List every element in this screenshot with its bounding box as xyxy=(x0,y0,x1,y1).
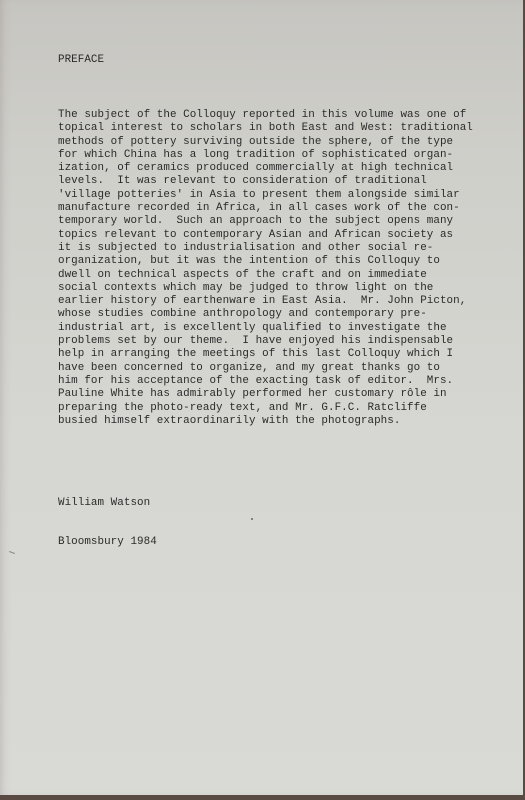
document-page: PREFACE The subject of the Colloquy repo… xyxy=(0,0,523,795)
body-line: have been concerned to organize, and my … xyxy=(58,362,473,375)
body-line: levels. It was relevant to consideration… xyxy=(58,175,473,188)
body-line: industrial art, is excellently qualified… xyxy=(58,322,473,335)
body-line: methods of pottery surviving outside the… xyxy=(58,136,473,149)
body-line: it is subjected to industrialisation and… xyxy=(58,242,473,255)
body-line: topics relevant to contemporary Asian an… xyxy=(58,229,473,242)
body-line: preparing the photo-ready text, and Mr. … xyxy=(58,402,473,415)
body-line: manufacture recorded in Africa, in all c… xyxy=(58,202,473,215)
body-line: The subject of the Colloquy reported in … xyxy=(58,109,473,122)
body-line: organization, but it was the intention o… xyxy=(58,255,473,268)
body-line: help in arranging the meetings of this l… xyxy=(58,348,473,361)
paper-speck xyxy=(251,518,253,520)
body-line: him for his acceptance of the exacting t… xyxy=(58,375,473,388)
paper-mark xyxy=(9,551,15,554)
signature-block: William Watson Bloomsbury 1984 xyxy=(58,470,157,576)
body-line: earlier history of earthenware in East A… xyxy=(58,295,473,308)
body-line: for which China has a long tradition of … xyxy=(58,149,473,162)
body-line: social contexts which may be judged to t… xyxy=(58,282,473,295)
body-line: Pauline White has admirably performed he… xyxy=(58,388,473,401)
page-title: PREFACE xyxy=(58,54,104,67)
body-line: 'village potteries' in Asia to present t… xyxy=(58,189,473,202)
body-line: whose studies combine anthropology and c… xyxy=(58,308,473,321)
body-line: topical interest to scholars in both Eas… xyxy=(58,122,473,135)
body-line: ization, of ceramics produced commercial… xyxy=(58,162,473,175)
preface-body: The subject of the Colloquy reported in … xyxy=(58,109,473,428)
body-line: busied himself extraordinarily with the … xyxy=(58,415,473,428)
body-line: problems set by our theme. I have enjoye… xyxy=(58,335,473,348)
signature-place-date: Bloomsbury 1984 xyxy=(58,536,157,549)
body-line: dwell on technical aspects of the craft … xyxy=(58,269,473,282)
body-line: temporary world. Such an approach to the… xyxy=(58,215,473,228)
signature-name: William Watson xyxy=(58,497,157,510)
